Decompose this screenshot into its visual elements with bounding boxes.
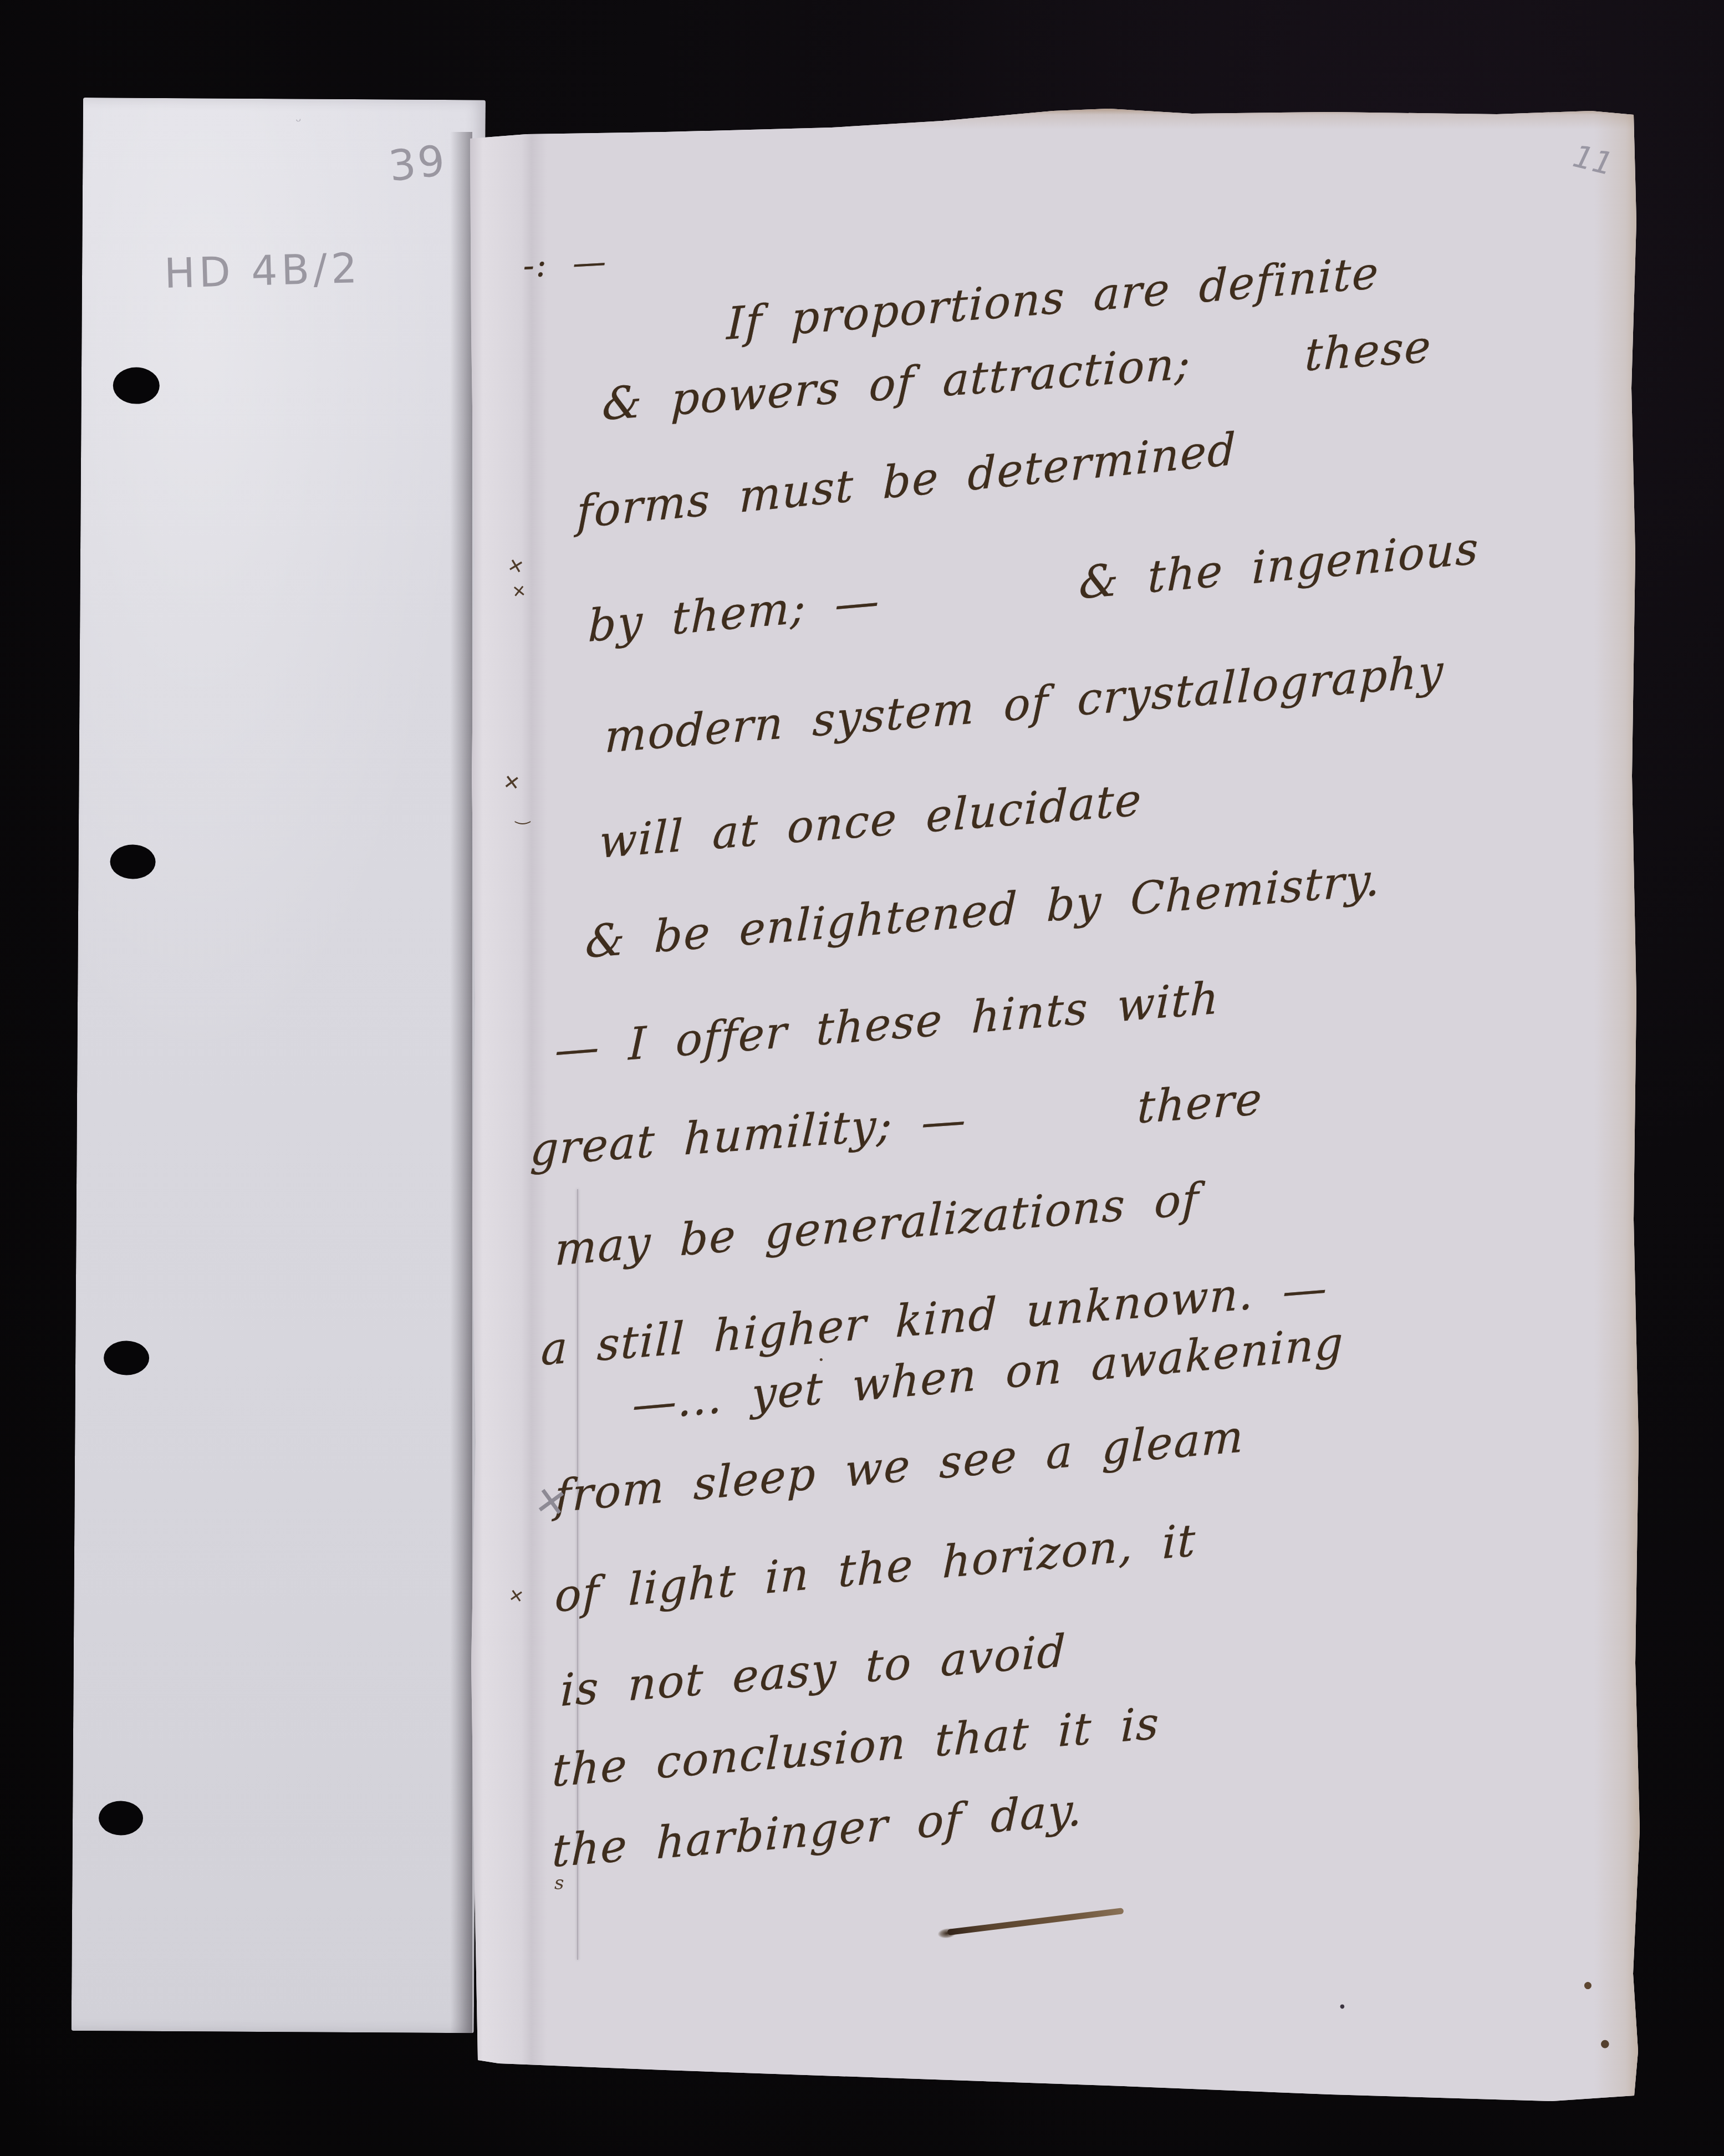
manuscript-line: forms must be determined: [577, 427, 1237, 535]
punch-hole: [99, 1801, 143, 1835]
manuscript-line: the harbinger of day.: [552, 1787, 1084, 1874]
ink-dot: ·: [818, 1349, 825, 1371]
manuscript-line: — I offer these hints with: [554, 976, 1220, 1073]
manuscript-page: 11 -: — If proportions are definite & po…: [468, 108, 1641, 2111]
rule-stroke: [947, 1908, 1124, 1935]
ink-margin-mark: ✕: [506, 555, 526, 578]
manuscript-edge-shadow: [450, 132, 472, 2033]
ink-margin-mark: ✕: [512, 583, 527, 601]
pencil-folio-number: 39: [386, 135, 449, 191]
pencil-page-number: 11: [1569, 138, 1616, 182]
ink-speck: ●: [1340, 2004, 1345, 2010]
manuscript-line: the conclusion that it is: [552, 1701, 1160, 1793]
ink-margin-mark: ✕: [502, 772, 522, 794]
ink-speck: ●: [1600, 2038, 1610, 2049]
line1-lead-marks: -: —: [522, 245, 608, 283]
manuscript-line: by them; — & the ingenious: [588, 526, 1480, 649]
ink-margin-mark: ‿: [516, 806, 530, 823]
manuscript-line: may be generalizations of: [554, 1177, 1200, 1272]
manuscript-line: great humility; — there: [529, 1077, 1263, 1173]
pencil-squiggle-mark: ᵕ: [294, 113, 303, 130]
manuscript-line: modern system of crystallography: [604, 649, 1445, 760]
punch-hole: [113, 367, 160, 404]
closing-rule: [937, 1903, 1131, 1940]
pencil-shelfmark: HD 4B/2: [164, 244, 361, 298]
ink-margin-mark: s: [554, 1874, 564, 1893]
ink-speck: ●: [1584, 1981, 1592, 1990]
manuscript-line: of light in the horizon, it: [554, 1518, 1197, 1619]
manuscript-line: will at once elucidate: [599, 778, 1143, 865]
ink-margin-mark: ✕: [507, 1586, 525, 1606]
manuscript-line: is not easy to avoid: [560, 1629, 1067, 1713]
punch-hole: [104, 1341, 149, 1375]
left-backing-sheet: 39 HD 4B/2 ᵕ: [72, 98, 486, 2033]
pencil-x-mark: ✕: [532, 1481, 570, 1524]
archive-photograph: { "photo": { "background_color": "#0a080…: [0, 0, 1724, 2156]
manuscript-line: & be enlightened by Chemistry.: [585, 858, 1381, 965]
punch-hole: [110, 844, 155, 879]
manuscript-line: from sleep we see a gleam: [554, 1414, 1244, 1519]
